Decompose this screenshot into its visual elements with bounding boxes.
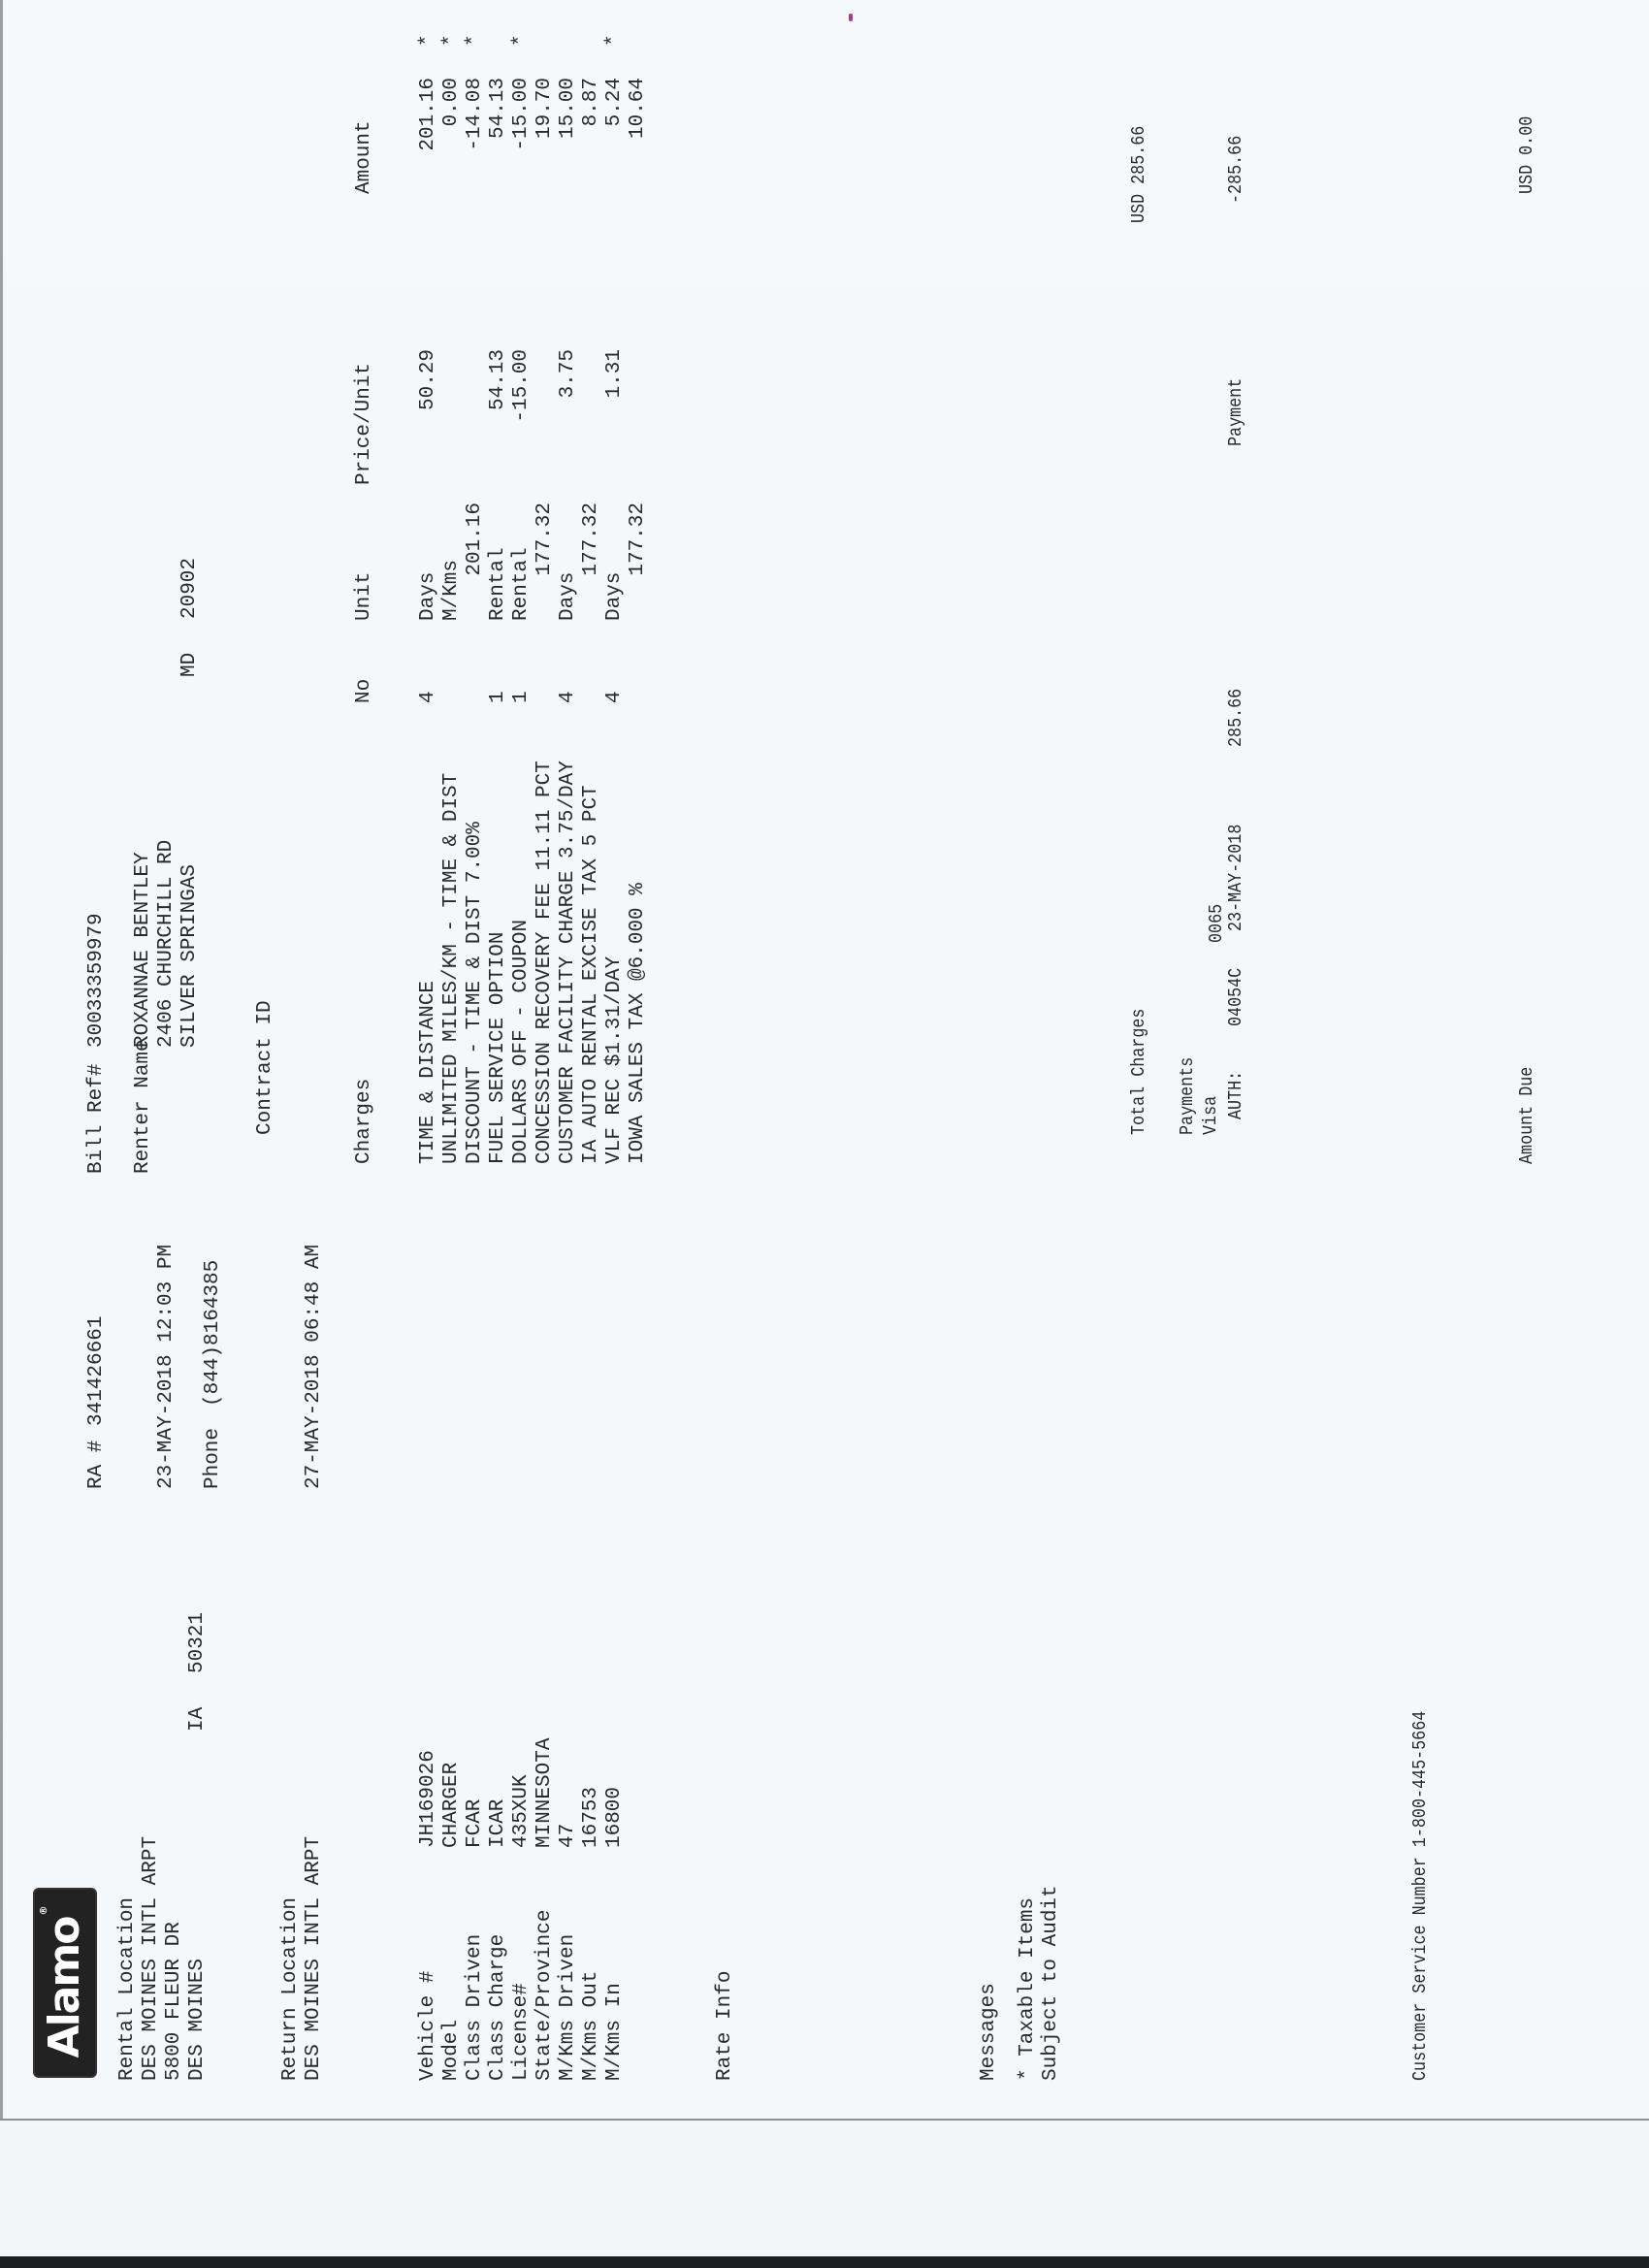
renter-zip: 20902 [178,558,202,619]
charge-price-per-unit: 54.13 [487,349,510,410]
charge-description: DISCOUNT - TIME & DIST 7.00% [464,822,487,1164]
return-datetime: 27-MAY-2018 06:48 AM [303,1245,326,1489]
charge-amount: -14.08 [464,78,487,151]
amount-header: Amount [353,120,376,194]
charge-unit: Rental [487,547,510,621]
rental-datetime: 23-MAY-2018 12:03 PM [155,1245,178,1489]
charge-price-per-unit: 1.31 [603,349,627,398]
renter-name-label: Renter Name [132,1039,155,1174]
vehicle-detail-value: 435XUK [510,1774,533,1848]
vehicle-detail-label: Model [440,2020,464,2081]
vehicle-detail-label: Vehicle # [417,1971,440,2081]
vehicle-detail-label: M/Kms In [603,1983,627,2081]
vehicle-detail-label: Class Driven [464,1934,487,2081]
message-line-2: Subject to Audit [1040,1885,1063,2081]
auth-label: AUTH: [1224,1071,1247,1119]
charge-quantity: 1 [510,691,533,703]
unit-header: Unit [353,572,376,621]
charge-base-amount: 177.32 [533,502,557,576]
charge-unit: Days [557,572,580,621]
charge-base-amount: 177.32 [580,502,603,576]
vehicle-detail-label: M/Kms Driven [557,1934,580,2081]
vehicle-detail-value: ICAR [487,1799,510,1848]
phone-label: Phone [202,1428,225,1489]
return-location-line: DES MOINES INTL ARPT [303,1836,326,2081]
charge-description: FUEL SERVICE OPTION [487,932,510,1164]
payment-total: -285.66 [1224,136,1247,204]
taxable-marker: * [464,34,487,47]
rental-location-zip: 50321 [186,1612,210,1673]
ra-label: RA # [85,1441,109,1489]
charge-quantity: 4 [557,691,580,703]
bill-ref-label: Bill Ref# [85,1064,109,1174]
return-location-label: Return Location [279,1897,303,2081]
charge-description: IOWA SALES TAX @6.000 % [627,883,650,1164]
rental-location-line-2: 5800 FLEUR DR [163,1922,186,2081]
amount-due-value: USD 0.00 [1515,116,1538,194]
message-line-1: * Taxable Items [1017,1897,1040,2081]
price-unit-header: Price/Unit [353,363,376,485]
auth-code: 04054C [1224,968,1247,1026]
charge-description: DOLLARS OFF - COUPON [510,920,533,1164]
rate-info-label: Rate Info [714,1971,737,2081]
taxable-marker: * [440,34,464,47]
charge-description: VLF REC $1.31/DAY [603,956,627,1164]
payment-card: Visa [1199,1096,1222,1135]
charge-base-amount: 201.16 [464,502,487,576]
charge-unit: Days [603,572,627,621]
charges-header: Charges [353,1079,376,1164]
phone-number: (844)8164385 [202,1260,225,1407]
amount-due-label: Amount Due [1515,1067,1538,1164]
taxable-marker: * [510,34,533,47]
charge-description: IA AUTO RENTAL EXCISE TAX 5 PCT [580,785,603,1164]
taxable-marker: * [603,34,627,47]
vehicle-detail-value: 16800 [603,1787,627,1848]
rental-location-label: Rental Location [116,1897,140,2081]
charge-amount: 8.87 [580,78,603,126]
vehicle-detail-label: State/Province [533,1910,557,2081]
vehicle-detail-label: License# [510,1983,533,2081]
vehicle-detail-label: Class Charge [487,1934,510,2081]
rental-location-state: IA [186,1707,210,1732]
customer-service-number: Customer Service Number 1-800-445-5664 [1408,1711,1432,2081]
charge-quantity: 4 [417,691,440,703]
payments-label: Payments [1176,1057,1199,1135]
payment-type: Payment [1224,378,1247,446]
charge-amount: 54.13 [487,78,510,139]
charge-unit: M/Kms [440,560,464,621]
vehicle-detail-value: JH169026 [417,1750,440,1848]
rental-location-line-1: DES MOINES INTL ARPT [140,1836,163,2081]
charge-quantity: 4 [603,691,627,703]
payment-amount: 285.66 [1224,689,1247,747]
ra-number: 341426661 [85,1316,109,1426]
charge-amount: 19.70 [533,78,557,139]
vehicle-detail-value: MINNESOTA [533,1738,557,1848]
total-charges-value: USD 285.66 [1127,126,1150,223]
rental-receipt: Alamo® Rental Location DES MOINES INTL A… [0,0,1649,2268]
charge-unit: Rental [510,547,533,621]
charge-amount: 10.64 [627,78,650,139]
charge-unit: Days [417,572,440,621]
charge-description: CUSTOMER FACILITY CHARGE 3.75/DAY [557,761,580,1164]
charge-amount: 5.24 [603,78,627,126]
renter-city: SILVER SPRINGAS [178,864,202,1048]
vehicle-detail-label: M/Kms Out [580,1971,603,2081]
no-header: No [353,679,376,703]
charge-amount: -15.00 [510,78,533,151]
vehicle-detail-value: 16753 [580,1787,603,1848]
charge-amount: 0.00 [440,78,464,126]
bill-ref-number: 30033359979 [85,913,109,1048]
charge-base-amount: 177.32 [627,502,650,576]
total-charges-label: Total Charges [1127,1009,1150,1135]
taxable-marker: * [417,34,440,47]
charge-description: CONCESSION RECOVERY FEE 11.11 PCT [533,761,557,1164]
renter-state: MD [178,653,202,677]
charge-quantity: 1 [487,691,510,703]
messages-label: Messages [978,1983,1001,2081]
renter-name: ROXANNAE BENTLEY [132,852,155,1048]
charge-amount: 201.16 [417,78,440,151]
charge-price-per-unit: -15.00 [510,349,533,423]
charge-price-per-unit: 3.75 [557,349,580,398]
charge-amount: 15.00 [557,78,580,139]
rental-location-line-3: DES MOINES [186,1959,210,2081]
payment-date: 23-MAY-2018 [1224,825,1247,931]
charge-description: TIME & DISTANCE [417,981,440,1164]
renter-address: 2406 CHURCHILL RD [155,840,178,1048]
alamo-logo: Alamo® [33,1888,97,2078]
vehicle-detail-value: CHARGER [440,1763,464,1848]
charge-description: UNLIMITED MILES/KM - TIME & DIST [440,773,464,1164]
vehicle-detail-value: FCAR [464,1799,487,1848]
vehicle-detail-value: 47 [557,1824,580,1848]
contract-id-label: Contract ID [254,1000,277,1135]
charge-price-per-unit: 50.29 [417,349,440,410]
